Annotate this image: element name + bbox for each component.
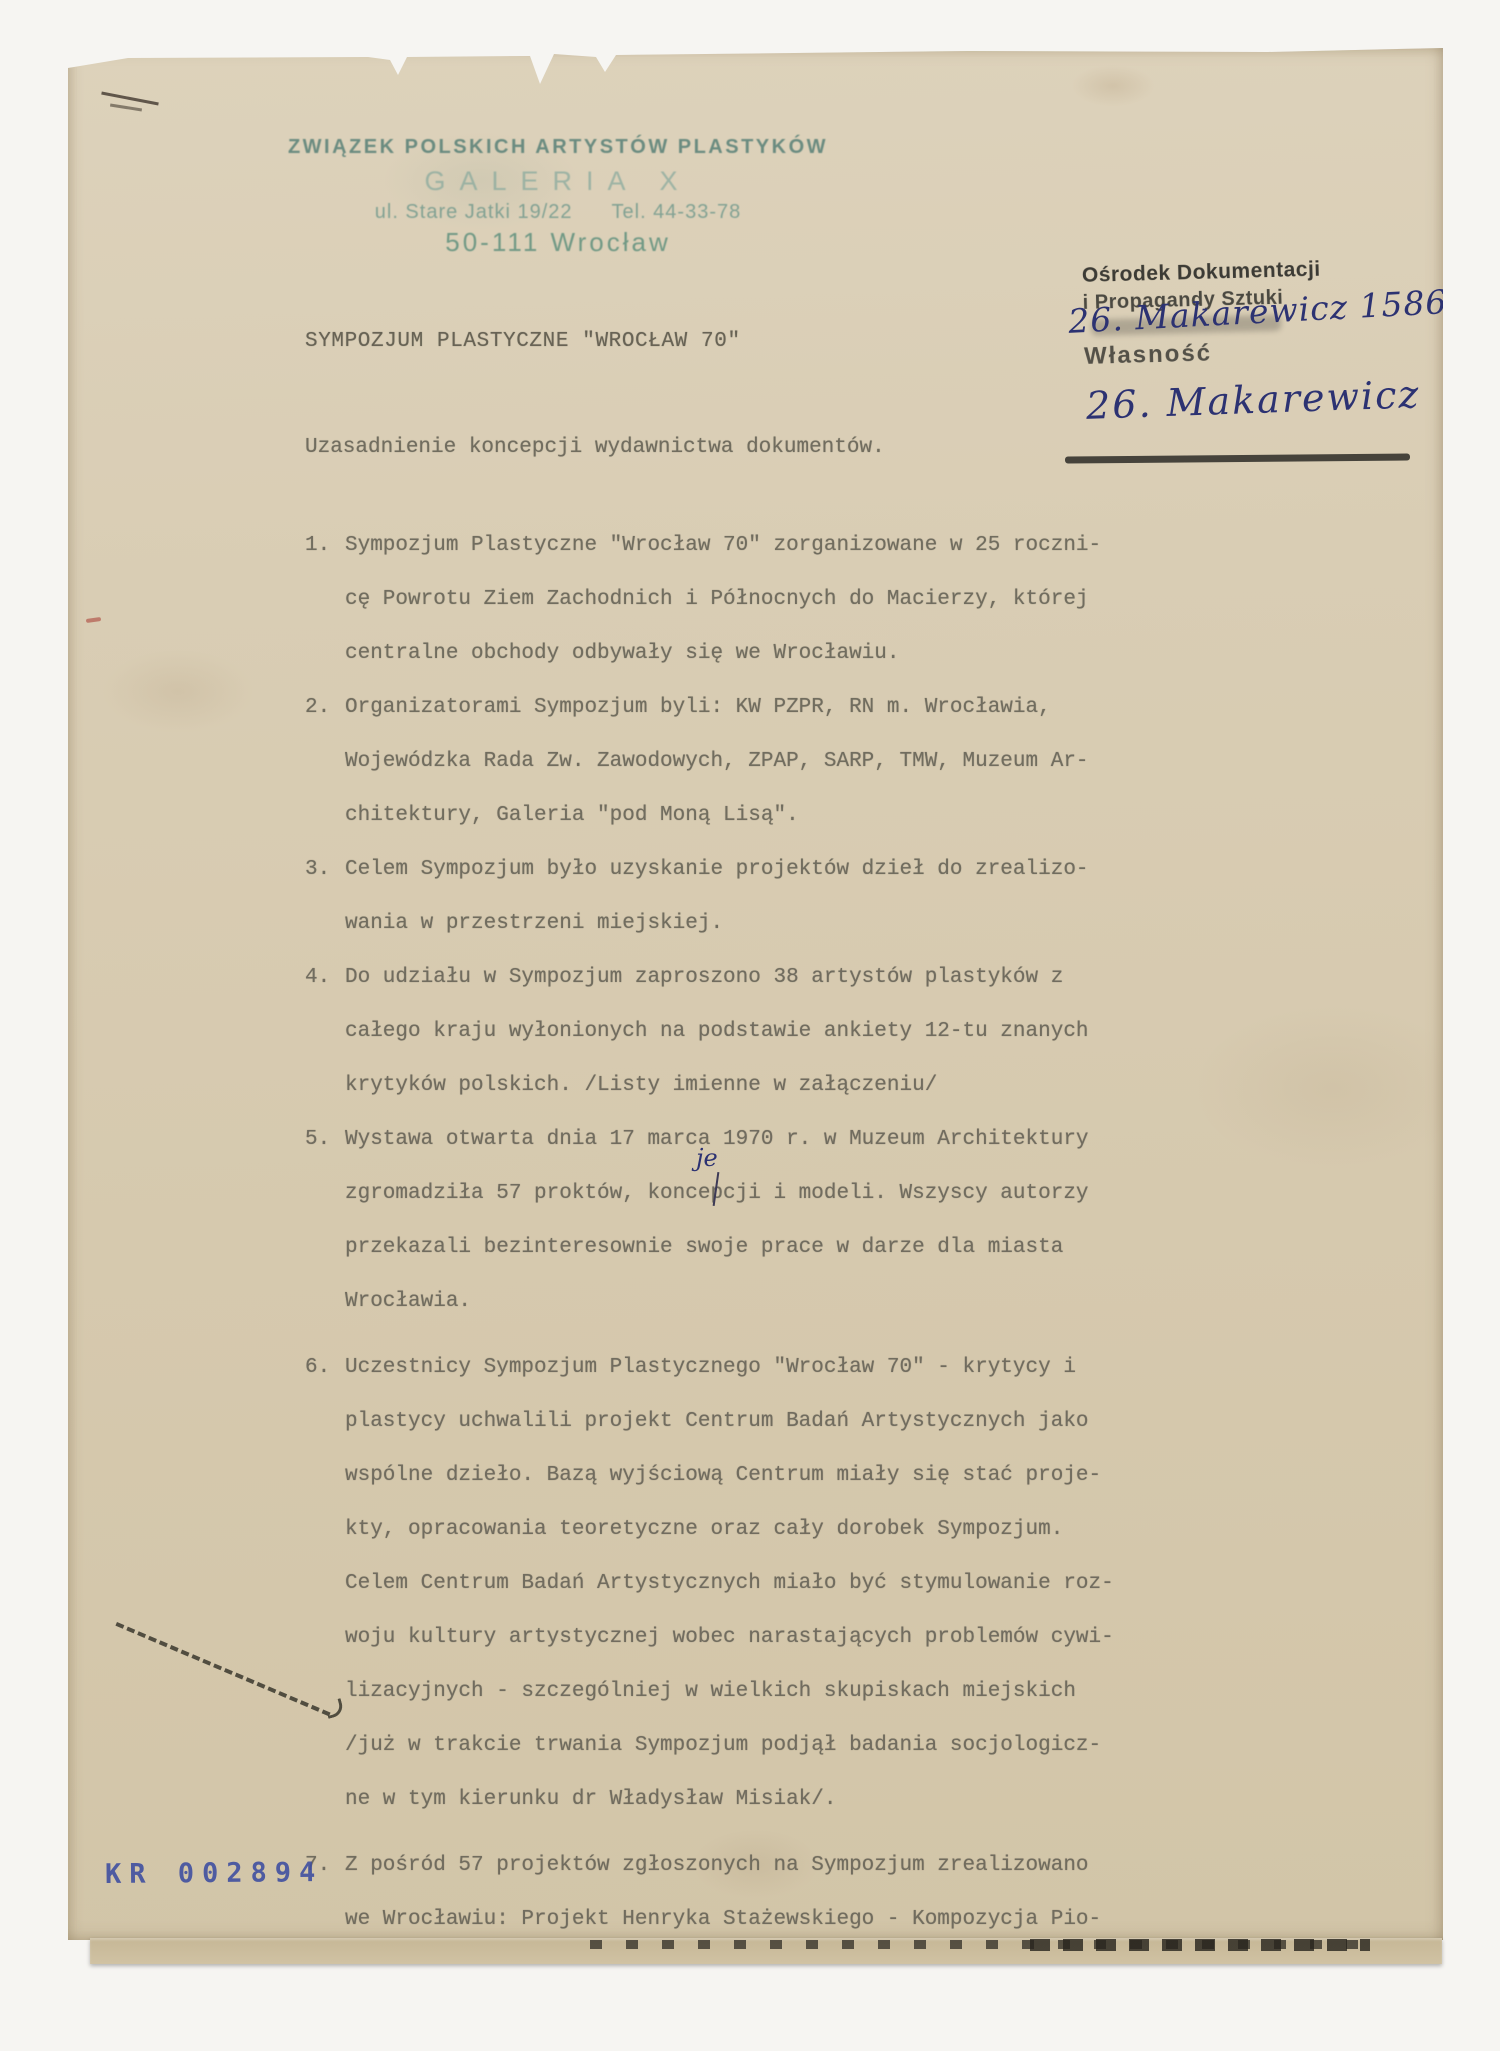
letterhead-organization: ZWIĄZEK POLSKICH ARTYSTÓW PLASTYKÓW bbox=[248, 136, 868, 159]
list-item: 3. Celem Sympozjum było uzyskanie projek… bbox=[305, 843, 1165, 951]
list-item: 7. Z pośród 57 projektów zgłoszonych na … bbox=[305, 1839, 1165, 1947]
item-text: Z pośród 57 projektów zgłoszonych na Sym… bbox=[345, 1839, 1165, 1947]
list-item: 5. Wystawa otwarta dnia 17 marca 1970 r.… bbox=[305, 1113, 1165, 1329]
cutoff-handwriting-marks bbox=[1030, 1939, 1370, 1951]
item-number: 6. bbox=[305, 1341, 330, 1395]
item-text: Wystawa otwarta dnia 17 marca 1970 r. w … bbox=[345, 1113, 1165, 1329]
margin-pencil-mark bbox=[86, 617, 101, 623]
numbered-list: 1. Sympozjum Plastyczne "Wrocław 70" zor… bbox=[305, 519, 1165, 1947]
next-page-edge bbox=[90, 1938, 1442, 1964]
item-text: Sympozjum Plastyczne "Wrocław 70" zorgan… bbox=[345, 519, 1165, 681]
page-title: SYMPOZJUM PLASTYCZNE "WROCŁAW 70" bbox=[305, 330, 741, 353]
list-item: 2. Organizatorami Sympozjum byli: KW PZP… bbox=[305, 681, 1165, 843]
letterhead-address: ul. Stare Jatki 19/22 Tel. 44-33-78 bbox=[248, 201, 868, 224]
item-number: 4. bbox=[305, 951, 330, 1005]
list-item: 4. Do udziału w Sympozjum zaproszono 38 … bbox=[305, 951, 1165, 1113]
item-number: 2. bbox=[305, 681, 330, 735]
item-text: Celem Sympozjum było uzyskanie projektów… bbox=[345, 843, 1165, 951]
staple-mark bbox=[110, 104, 142, 112]
item-text: Do udziału w Sympozjum zaproszono 38 art… bbox=[345, 951, 1165, 1113]
handwritten-insertion: je bbox=[696, 1144, 718, 1172]
list-item: 6. Uczestnicy Sympozjum Plastycznego "Wr… bbox=[305, 1341, 1165, 1827]
list-item: 1. Sympozjum Plastyczne "Wrocław 70" zor… bbox=[305, 519, 1165, 681]
letterhead-gallery-name: GALERIA X bbox=[248, 166, 868, 197]
item-number: 1. bbox=[305, 519, 330, 573]
paper-sheet: ZWIĄZEK POLSKICH ARTYSTÓW PLASTYKÓW GALE… bbox=[68, 48, 1443, 1940]
document-scan: ZWIĄZEK POLSKICH ARTYSTÓW PLASTYKÓW GALE… bbox=[0, 0, 1500, 2051]
item-text: Organizatorami Sympozjum byli: KW PZPR, … bbox=[345, 681, 1165, 843]
item-number: 5. bbox=[305, 1113, 330, 1167]
archive-stamp-ownership: Własność bbox=[1084, 335, 1385, 371]
item-number: 3. bbox=[305, 843, 330, 897]
item-text: Uczestnicy Sympozjum Plastycznego "Wrocł… bbox=[345, 1341, 1165, 1827]
archive-stamp-line1: Ośrodek Dokumentacji bbox=[1082, 256, 1383, 288]
handwritten-note-bottom: 26. Makarewicz bbox=[1085, 372, 1421, 428]
letterhead-stamp: ZWIĄZEK POLSKICH ARTYSTÓW PLASTYKÓW GALE… bbox=[248, 136, 868, 258]
letterhead-city: 50-111 Wrocław bbox=[248, 227, 868, 258]
inventory-number-stamp: KR 002894 bbox=[105, 1857, 324, 1890]
handwritten-underline bbox=[1065, 453, 1410, 463]
page-subtitle: Uzasadnienie koncepcji wydawnictwa dokum… bbox=[305, 436, 885, 459]
diagonal-pen-stroke bbox=[115, 1622, 330, 1716]
